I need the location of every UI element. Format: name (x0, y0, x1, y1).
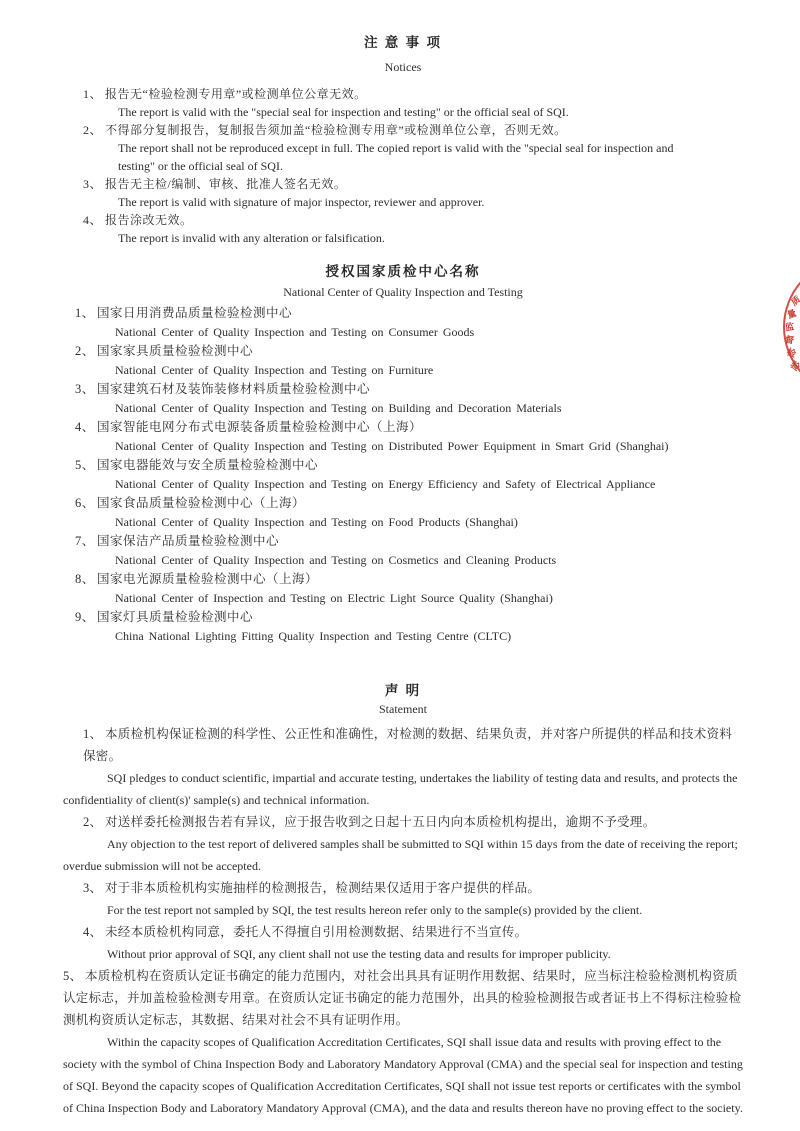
center-zh: 7、国家保洁产品质量检验检测中心 (63, 532, 743, 551)
statement-en: For the test report not sampled by SQI, … (63, 899, 743, 921)
item-number: 2、 (75, 342, 97, 361)
item-number: 1、 (75, 304, 97, 323)
list-item: 3、报告无主检/编制、审核、批准人签名无效。 The report is val… (63, 175, 743, 211)
centers-section: 授权国家质检中心名称 National Center of Quality In… (63, 263, 743, 646)
item-number: 3、 (75, 380, 97, 399)
list-item: 2、不得部分复制报告，复制报告须加盖“检验检测专用章”或检测单位公章，否则无效。… (63, 121, 743, 175)
list-item: 5、国家电器能效与安全质量检验检测中心 National Center of Q… (63, 456, 743, 494)
center-zh: 3、国家建筑石材及装饰装修材料质量检验检测中心 (63, 380, 743, 399)
seal-character: 监 (784, 319, 795, 333)
list-item: 4、未经本质检机构同意，委托人不得擅自引用检测数据、结果进行不当宣传。 With… (63, 921, 743, 965)
center-en: China National Lighting Fitting Quality … (63, 627, 743, 646)
list-item: 3、对于非本质检机构实施抽样的检测报告，检测结果仅适用于客户提供的样品。 For… (63, 877, 743, 921)
center-zh: 2、国家家具质量检验检测中心 (63, 342, 743, 361)
center-en: National Center of Quality Inspection an… (63, 399, 743, 418)
list-item: 9、国家灯具质量检验检测中心 China National Lighting F… (63, 608, 743, 646)
item-number: 7、 (75, 532, 97, 551)
center-zh: 5、国家电器能效与安全质量检验检测中心 (63, 456, 743, 475)
centers-title-zh: 授权国家质检中心名称 (63, 263, 743, 281)
notice-zh: 2、不得部分复制报告，复制报告须加盖“检验检测专用章”或检测单位公章，否则无效。 (63, 121, 743, 139)
centers-title-en: National Center of Quality Inspection an… (63, 283, 743, 301)
notices-section: 注 意 事 项 Notices 1、报告无“检验检测专用章”或检测单位公章无效。… (63, 34, 743, 247)
statement-title-en: Statement (63, 700, 743, 718)
centers-list: 1、国家日用消费品质量检验检测中心 National Center of Qua… (63, 304, 743, 646)
page-content: 注 意 事 项 Notices 1、报告无“检验检测专用章”或检测单位公章无效。… (0, 0, 800, 1119)
notice-en: The report is valid with the "special se… (63, 103, 683, 121)
statement-zh: 5、本质检机构在资质认定证书确定的能力范围内，对社会出具具有证明作用数据、结果时… (63, 965, 743, 1031)
notices-title-en: Notices (63, 58, 743, 76)
center-en: National Center of Quality Inspection an… (63, 513, 743, 532)
item-number: 1、 (83, 85, 105, 103)
item-number: 9、 (75, 608, 97, 627)
list-item: 2、对送样委托检测报告若有异议，应于报告收到之日起十五日内向本质检机构提出，逾期… (63, 811, 743, 877)
center-en: National Center of Quality Inspection an… (63, 551, 743, 570)
list-item: 1、国家日用消费品质量检验检测中心 National Center of Qua… (63, 304, 743, 342)
center-en: National Center of Quality Inspection an… (63, 475, 743, 494)
list-item: 1、本质检机构保证检测的科学性、公正性和准确性，对检测的数据、结果负责，并对客户… (63, 723, 743, 811)
list-item: 5、本质检机构在资质认定证书确定的能力范围内，对社会出具具有证明作用数据、结果时… (63, 965, 743, 1119)
statement-en: Within the capacity scopes of Qualificat… (63, 1031, 743, 1119)
item-number: 4、 (75, 418, 97, 437)
statement-en: SQI pledges to conduct scientific, impar… (63, 767, 743, 811)
center-zh: 9、国家灯具质量检验检测中心 (63, 608, 743, 627)
list-item: 3、国家建筑石材及装饰装修材料质量检验检测中心 National Center … (63, 380, 743, 418)
item-number: 2、 (83, 811, 105, 833)
notices-title-zh: 注 意 事 项 (63, 34, 743, 52)
official-seal-stamp: 质 量 监 督 检 验 (783, 258, 800, 398)
center-en: National Center of Inspection and Testin… (63, 589, 743, 608)
list-item: 6、国家食品质量检验检测中心（上海） National Center of Qu… (63, 494, 743, 532)
item-number: 6、 (75, 494, 97, 513)
statement-en: Without prior approval of SQI, any clien… (63, 943, 743, 965)
item-number: 2、 (83, 121, 105, 139)
item-number: 4、 (83, 921, 105, 943)
statement-list: 1、本质检机构保证检测的科学性、公正性和准确性，对检测的数据、结果负责，并对客户… (63, 723, 743, 1119)
center-zh: 8、国家电光源质量检验检测中心（上海） (63, 570, 743, 589)
notice-zh: 1、报告无“检验检测专用章”或检测单位公章无效。 (63, 85, 743, 103)
item-number: 4、 (83, 211, 105, 229)
item-number: 5、 (75, 456, 97, 475)
list-item: 1、报告无“检验检测专用章”或检测单位公章无效。 The report is v… (63, 85, 743, 121)
item-number: 3、 (83, 175, 105, 193)
notice-en: The report shall not be reproduced excep… (63, 139, 683, 175)
statement-zh: 3、对于非本质检机构实施抽样的检测报告，检测结果仅适用于客户提供的样品。 (63, 877, 743, 899)
list-item: 8、国家电光源质量检验检测中心（上海） National Center of I… (63, 570, 743, 608)
list-item: 2、国家家具质量检验检测中心 National Center of Qualit… (63, 342, 743, 380)
list-item: 7、国家保洁产品质量检验检测中心 National Center of Qual… (63, 532, 743, 570)
statement-en: Any objection to the test report of deli… (63, 833, 743, 877)
report-notices-page: 注 意 事 项 Notices 1、报告无“检验检测专用章”或检测单位公章无效。… (0, 0, 800, 1131)
list-item: 4、国家智能电网分布式电源装备质量检验检测中心（上海） National Cen… (63, 418, 743, 456)
notice-en: The report is valid with signature of ma… (63, 193, 683, 211)
statement-zh: 2、对送样委托检测报告若有异议，应于报告收到之日起十五日内向本质检机构提出，逾期… (63, 811, 743, 833)
center-zh: 4、国家智能电网分布式电源装备质量检验检测中心（上海） (63, 418, 743, 437)
statement-title-zh: 声 明 (63, 682, 743, 700)
center-en: National Center of Quality Inspection an… (63, 361, 743, 380)
notices-list: 1、报告无“检验检测专用章”或检测单位公章无效。 The report is v… (63, 85, 743, 247)
center-zh: 1、国家日用消费品质量检验检测中心 (63, 304, 743, 323)
item-number: 5、 (63, 965, 85, 987)
statement-section: 声 明 Statement 1、本质检机构保证检测的科学性、公正性和准确性，对检… (63, 682, 743, 1119)
statement-zh: 4、未经本质检机构同意，委托人不得擅自引用检测数据、结果进行不当宣传。 (63, 921, 743, 943)
notice-zh: 3、报告无主检/编制、审核、批准人签名无效。 (63, 175, 743, 193)
center-zh: 6、国家食品质量检验检测中心（上海） (63, 494, 743, 513)
item-number: 8、 (75, 570, 97, 589)
item-number: 1、 (83, 723, 105, 745)
statement-zh: 1、本质检机构保证检测的科学性、公正性和准确性，对检测的数据、结果负责，并对客户… (63, 723, 743, 767)
list-item: 4、报告涂改无效。 The report is invalid with any… (63, 211, 743, 247)
item-number: 3、 (83, 877, 105, 899)
notice-zh: 4、报告涂改无效。 (63, 211, 743, 229)
center-en: National Center of Quality Inspection an… (63, 437, 743, 456)
notice-en: The report is invalid with any alteratio… (63, 229, 683, 247)
center-en: National Center of Quality Inspection an… (63, 323, 743, 342)
